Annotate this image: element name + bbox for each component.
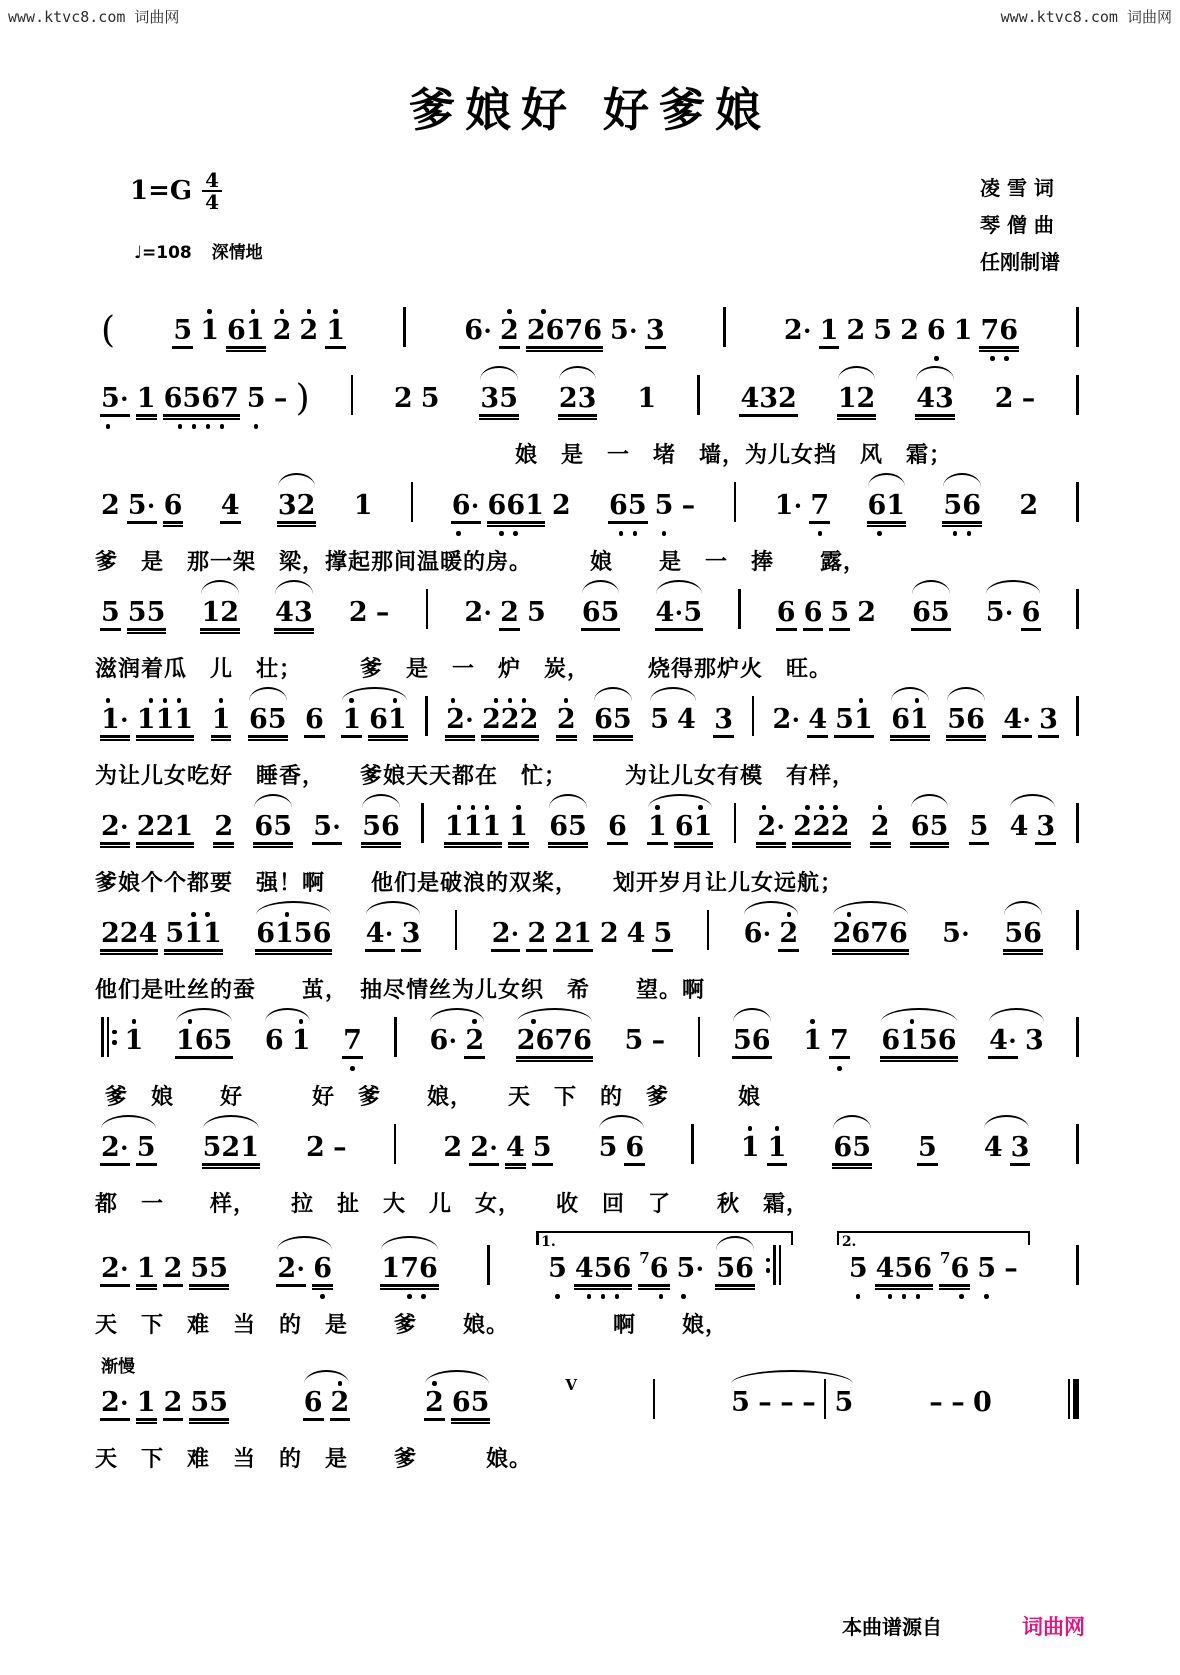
note-group bbox=[694, 1017, 705, 1072]
note-digit: 4 bbox=[275, 598, 294, 628]
note-digits: 6 bbox=[303, 1388, 324, 1421]
low-dot bbox=[166, 529, 180, 538]
note-digit: · bbox=[385, 919, 394, 949]
note-digit: 5 bbox=[203, 1133, 222, 1163]
note-digits: 1 bbox=[136, 384, 157, 417]
low-dot bbox=[333, 1171, 347, 1180]
note-digits: 222 bbox=[792, 812, 850, 845]
low-dot bbox=[872, 529, 886, 538]
low-dot bbox=[291, 1292, 305, 1301]
note-digits: 1 bbox=[508, 812, 529, 845]
note-digits: 5 bbox=[172, 316, 193, 349]
note-digit: 6 bbox=[313, 919, 332, 949]
note-token: 55 bbox=[127, 589, 167, 644]
low-dot bbox=[283, 529, 297, 538]
key-label: 1=G bbox=[130, 176, 192, 206]
note-digit: · bbox=[629, 316, 638, 346]
octave-dots-below bbox=[274, 422, 288, 430]
note-token: 65 bbox=[593, 696, 633, 751]
note-digit: – bbox=[951, 1388, 965, 1418]
music-line-2: 5·165675–)253523143212432– bbox=[95, 375, 1085, 430]
watermark-top-left: www.ktvc8.com 词曲网 bbox=[8, 6, 179, 27]
note-digits: 2 bbox=[499, 316, 520, 349]
low-dot bbox=[1021, 422, 1035, 431]
note-token: – bbox=[950, 1379, 966, 1434]
note-digit: 2 bbox=[773, 705, 792, 735]
note-digit: 5 bbox=[613, 705, 632, 735]
note-digit: 6 bbox=[911, 812, 930, 842]
note-digits: 5· bbox=[609, 316, 639, 349]
note-token: 5· bbox=[941, 910, 971, 965]
note-token: 5 bbox=[420, 375, 441, 430]
octave-dots-below bbox=[536, 354, 592, 362]
note-digits: 5 bbox=[420, 384, 441, 417]
note-digit: 2 bbox=[101, 491, 120, 521]
note-digit: 6 bbox=[938, 1026, 957, 1056]
note-digits: 65 bbox=[581, 598, 621, 631]
low-dot bbox=[734, 1426, 748, 1435]
slur-group: 65 bbox=[245, 696, 291, 751]
low-dot bbox=[115, 1426, 129, 1435]
slur-group: 43 bbox=[1006, 803, 1060, 858]
note-digits: 5 bbox=[969, 812, 990, 845]
low-dot bbox=[832, 1064, 846, 1073]
note-digit: 4 bbox=[575, 1254, 594, 1284]
note-token: 3 bbox=[401, 910, 422, 965]
octave-dots-below bbox=[843, 422, 871, 430]
low-dot bbox=[127, 1064, 141, 1073]
barline bbox=[487, 1245, 490, 1285]
octave-dots-below bbox=[464, 636, 492, 644]
octave-dots-below bbox=[232, 354, 260, 362]
note-token: 2 bbox=[442, 1124, 463, 1179]
note-digit: 6 bbox=[966, 705, 985, 735]
note-token: 2676 bbox=[516, 1017, 593, 1072]
octave-dots-below bbox=[277, 1292, 305, 1300]
low-dot bbox=[108, 957, 122, 966]
note-token: 3 bbox=[1035, 803, 1056, 858]
low-dot bbox=[884, 957, 898, 966]
lyrics-line-6: 爹娘个个都要 强！啊 他们是破浪的双桨， 划开岁月让儿女远航； bbox=[95, 866, 1085, 897]
low-dot bbox=[640, 1292, 654, 1301]
octave-dots-below bbox=[550, 1292, 564, 1300]
note-digits: 7 bbox=[342, 1026, 363, 1059]
credit-composer: 琴 僧 曲 bbox=[980, 207, 1060, 244]
note-digit: 2 bbox=[164, 1388, 183, 1418]
note-token: – bbox=[1020, 375, 1036, 430]
note-digits: 1 bbox=[124, 1026, 145, 1059]
low-dot bbox=[380, 957, 394, 966]
note-digit: 5 bbox=[601, 598, 620, 628]
note-digits: 4 bbox=[1009, 812, 1030, 845]
bar-stroke bbox=[394, 1017, 397, 1057]
low-dot bbox=[986, 636, 1000, 645]
octave-dots-below bbox=[602, 957, 616, 965]
note-token: 2 bbox=[298, 307, 319, 362]
low-dot bbox=[1004, 1292, 1018, 1301]
note-digits: 6 bbox=[163, 491, 184, 524]
note-digits: 4· bbox=[1002, 705, 1032, 738]
octave-dots-below bbox=[446, 743, 474, 751]
note-digits: 3 bbox=[1024, 1026, 1045, 1059]
octave-dots-below bbox=[266, 957, 322, 965]
note-token: 2 bbox=[1018, 482, 1039, 537]
note-token: 6 bbox=[624, 1124, 645, 1179]
octave-dots-below bbox=[210, 1171, 252, 1179]
low-dot bbox=[460, 743, 474, 752]
low-dot bbox=[187, 957, 201, 966]
low-dot bbox=[197, 1064, 211, 1073]
low-dot bbox=[610, 1292, 624, 1301]
low-dot bbox=[676, 1292, 690, 1301]
octave-dots-below bbox=[468, 1064, 482, 1072]
low-dot bbox=[748, 422, 762, 431]
bar-stroke bbox=[1076, 1245, 1079, 1285]
low-dot bbox=[480, 850, 494, 859]
low-dot bbox=[656, 957, 670, 966]
note-token: 4 bbox=[983, 1124, 1004, 1179]
note-token: 6 bbox=[1021, 589, 1042, 644]
note-digit: 5 bbox=[677, 1254, 696, 1284]
low-dot bbox=[980, 1292, 994, 1301]
octave-dots-below bbox=[503, 636, 517, 644]
note-token: 7 bbox=[829, 1017, 850, 1072]
meter-numerator: 4 bbox=[202, 170, 222, 192]
note-digit: 1 bbox=[125, 1026, 144, 1056]
octave-dots-below bbox=[784, 354, 812, 362]
low-dot bbox=[446, 743, 460, 752]
repeat-dots bbox=[766, 1258, 771, 1273]
note-token: – bbox=[273, 375, 289, 430]
note-digit: 0 bbox=[973, 1388, 992, 1418]
low-dot bbox=[452, 850, 466, 859]
bar-stroke bbox=[697, 375, 700, 415]
note-digits: – bbox=[680, 491, 696, 524]
note-digits: 5· bbox=[985, 598, 1015, 631]
note-digit: 6 bbox=[227, 316, 246, 346]
low-dot bbox=[681, 529, 695, 538]
bar-stroke bbox=[1076, 910, 1079, 950]
note-digit: 1 bbox=[768, 1133, 787, 1163]
barline bbox=[1076, 910, 1079, 950]
note-digits: 5 bbox=[598, 1133, 619, 1166]
low-dot bbox=[842, 957, 856, 966]
note-digit: 5 bbox=[173, 316, 192, 346]
barline bbox=[1076, 482, 1079, 522]
low-dot bbox=[891, 1064, 905, 1073]
octave-dots-below bbox=[464, 354, 492, 362]
note-digits: 6· bbox=[463, 316, 493, 349]
low-dot bbox=[811, 743, 825, 752]
low-dot bbox=[215, 422, 229, 431]
note-digits: 76 bbox=[638, 1254, 669, 1287]
note-digit: 3 bbox=[1011, 1133, 1030, 1163]
low-dot bbox=[776, 422, 790, 431]
low-dot bbox=[1003, 1064, 1017, 1073]
note-token: 5· bbox=[676, 1245, 706, 1300]
note-group bbox=[687, 1124, 698, 1179]
note-token: 1 bbox=[647, 803, 668, 858]
octave-dots-below bbox=[101, 354, 115, 362]
low-dot bbox=[446, 1171, 460, 1180]
note-group: 224511 bbox=[97, 910, 226, 965]
note-token: 56 bbox=[715, 1245, 755, 1300]
note-digits: 3 bbox=[1038, 705, 1059, 738]
low-dot bbox=[757, 850, 771, 859]
note-digit: 6 bbox=[381, 812, 400, 842]
note-token: 2 bbox=[551, 482, 572, 537]
note-digit: 2 bbox=[277, 1254, 296, 1284]
octave-dots-below bbox=[144, 743, 186, 751]
note-token: – bbox=[375, 589, 391, 644]
low-dot bbox=[316, 1292, 330, 1301]
low-dot bbox=[115, 422, 129, 431]
low-dot bbox=[568, 850, 582, 859]
note-digit: 1 bbox=[275, 919, 294, 949]
note-token: 2 bbox=[305, 1124, 326, 1179]
note-digit: V bbox=[565, 1370, 577, 1400]
octave-dots-below bbox=[985, 354, 1013, 362]
note-token: 511 bbox=[164, 910, 222, 965]
note-digit: 2 bbox=[557, 705, 576, 735]
bar-stroke bbox=[752, 696, 755, 736]
note-token: 1 bbox=[953, 307, 974, 362]
slur-group: 2676 bbox=[513, 1017, 596, 1072]
note-digit: 2 bbox=[857, 384, 876, 414]
low-dot bbox=[267, 1064, 281, 1073]
low-dot bbox=[452, 529, 466, 538]
note-digit: 2 bbox=[527, 316, 546, 346]
note-group: 1 bbox=[633, 375, 660, 430]
note-digits: 2· bbox=[463, 598, 493, 631]
note-digits: 5 bbox=[547, 1254, 568, 1287]
note-digit: · bbox=[120, 1388, 129, 1418]
note-digit: · bbox=[510, 919, 519, 949]
note-digit: – bbox=[681, 491, 695, 521]
note-digit: 6 bbox=[868, 491, 887, 521]
low-dot bbox=[930, 850, 944, 859]
note-digit: 5 bbox=[733, 1026, 752, 1056]
note-token: 2 bbox=[499, 589, 520, 644]
note-token: 5 bbox=[547, 1245, 568, 1300]
note-digits: 5· bbox=[941, 919, 971, 952]
slur-group: 161 bbox=[644, 803, 716, 858]
note-digit: 5 bbox=[527, 598, 546, 628]
octave-dots-below bbox=[166, 1292, 180, 1300]
octave-dots-below bbox=[1012, 850, 1026, 858]
note-digits: 2· bbox=[783, 316, 813, 349]
note-digit: 5 bbox=[101, 384, 120, 414]
low-dot bbox=[470, 1171, 484, 1180]
slur-group: 4·5 bbox=[652, 589, 707, 644]
slur-group: 43 bbox=[912, 375, 958, 430]
note-digit: 1 bbox=[292, 1026, 311, 1056]
meta-row: 1=G 4 4 ♩=108 深情地 凌 雪 词 琴 僧 曲 任刚制谱 bbox=[130, 170, 1060, 281]
lyrics-line-2: 娘 是 一 堵 墙，为儿女挡 风 霜； bbox=[95, 438, 1085, 469]
octave-dots-below bbox=[1022, 529, 1036, 537]
barline bbox=[1076, 307, 1079, 347]
octave-dots-below bbox=[1039, 850, 1053, 858]
note-digit: 6 bbox=[313, 1254, 332, 1284]
note-group: 1 bbox=[97, 1017, 147, 1072]
note-group: 2– bbox=[991, 375, 1040, 430]
low-dot bbox=[374, 743, 388, 752]
low-dot bbox=[883, 1292, 897, 1301]
low-dot bbox=[133, 636, 147, 645]
low-dot bbox=[757, 957, 771, 966]
note-token: 61 bbox=[226, 307, 266, 362]
note-group: 2·221245 bbox=[488, 910, 677, 965]
note-group: 25 bbox=[390, 375, 444, 430]
note-digit: 6 bbox=[804, 598, 823, 628]
low-dot bbox=[144, 743, 158, 752]
note-digits: 432 bbox=[739, 384, 797, 417]
barline bbox=[697, 375, 700, 415]
note-digit: 6 bbox=[881, 1026, 900, 1056]
octave-dots-below bbox=[259, 850, 287, 858]
note-token: 1 bbox=[124, 1017, 145, 1072]
octave-dots-below bbox=[929, 354, 943, 362]
note-token: 2· bbox=[445, 696, 475, 751]
octave-dots-below bbox=[173, 422, 229, 430]
slur-group: 4·3 bbox=[362, 910, 425, 965]
octave-dots-below bbox=[800, 850, 842, 858]
low-dot bbox=[492, 957, 506, 966]
note-digit: 1 bbox=[174, 812, 193, 842]
note-digit: 1 bbox=[910, 705, 929, 735]
octave-dots-below bbox=[1021, 422, 1035, 430]
note-digit: · bbox=[803, 316, 812, 346]
octave-dots-below bbox=[396, 422, 410, 430]
note-digits: 2· bbox=[445, 705, 475, 738]
octave-dots-below bbox=[389, 1292, 431, 1300]
octave-dots-below bbox=[656, 957, 670, 965]
low-dot bbox=[327, 850, 341, 859]
low-dot bbox=[495, 529, 509, 538]
note-digit: – bbox=[1004, 1254, 1018, 1284]
low-dot bbox=[1017, 743, 1031, 752]
note-token: 5· bbox=[985, 589, 1015, 644]
low-dot bbox=[1003, 743, 1017, 752]
low-dot bbox=[806, 1064, 820, 1073]
note-token: 1 bbox=[136, 375, 157, 430]
octave-dots-below bbox=[367, 850, 395, 858]
barline bbox=[1076, 589, 1079, 629]
note-digit: 7 bbox=[220, 384, 239, 414]
note-digits: 224 bbox=[100, 919, 158, 952]
note-digit: · bbox=[296, 1254, 305, 1284]
note-digit: 6 bbox=[777, 598, 796, 628]
slur-group: 12 bbox=[834, 375, 880, 430]
note-digit: 1 bbox=[886, 491, 905, 521]
note-digit: 4 bbox=[677, 705, 696, 735]
low-dot bbox=[966, 743, 980, 752]
note-digits: V bbox=[564, 1388, 578, 1421]
note-token: 1 bbox=[802, 1017, 823, 1072]
note-token: – bbox=[1003, 1245, 1019, 1300]
note-digit: 5 bbox=[213, 1026, 232, 1056]
low-dot bbox=[246, 354, 260, 363]
low-dot bbox=[610, 850, 624, 859]
note-digit: 1 bbox=[176, 1026, 195, 1056]
note-digits: 1 bbox=[740, 1133, 761, 1166]
low-dot bbox=[640, 422, 654, 431]
note-digits: 2 bbox=[556, 705, 577, 738]
note-digits: 4·5 bbox=[655, 598, 704, 631]
low-dot bbox=[564, 354, 578, 363]
low-dot bbox=[1022, 529, 1036, 538]
octave-dots-below bbox=[975, 1426, 989, 1434]
note-digit: 5 bbox=[137, 1133, 156, 1163]
note-token: 2· bbox=[100, 1124, 130, 1179]
note-digits: – bbox=[801, 1388, 817, 1421]
octave-dots-below bbox=[108, 957, 150, 965]
low-dot bbox=[802, 1426, 816, 1435]
music-system-3: 25·643216·6612655–1·761562爹 是 那一架 梁，撑起那间… bbox=[95, 482, 1085, 576]
octave-dots-below bbox=[640, 1292, 668, 1300]
note-group bbox=[407, 482, 418, 537]
note-digits: 61 bbox=[226, 316, 266, 349]
low-dot bbox=[142, 529, 156, 538]
note-digits: 2· bbox=[491, 919, 521, 952]
slur-group: 4·3 bbox=[985, 1017, 1048, 1072]
note-digits: 5 bbox=[246, 384, 267, 417]
note-group bbox=[347, 375, 358, 430]
slur-group: 6·2 bbox=[426, 1017, 489, 1072]
note-digits: 65 bbox=[248, 705, 288, 738]
low-dot bbox=[933, 1064, 947, 1073]
note-digit: – bbox=[651, 1026, 665, 1056]
note-digits: 1 bbox=[199, 316, 220, 349]
note-digit: 2 bbox=[299, 316, 318, 346]
slur-group: 521 bbox=[199, 1124, 263, 1179]
octave-dots-below bbox=[651, 1064, 665, 1072]
note-token: 1 bbox=[211, 696, 232, 751]
octave-dots-below bbox=[679, 743, 693, 751]
octave-dots-below bbox=[564, 1426, 578, 1434]
low-dot bbox=[1012, 850, 1026, 859]
slur-group: 43 bbox=[980, 1124, 1034, 1179]
octave-dots-below bbox=[876, 354, 890, 362]
octave-dots-below bbox=[822, 354, 836, 362]
slur-group: 12 bbox=[197, 589, 243, 644]
note-token: 2· bbox=[772, 696, 802, 751]
note-token: 6 bbox=[264, 1017, 285, 1072]
repeat-dots bbox=[112, 1030, 117, 1045]
note-group: 1 bbox=[208, 696, 235, 751]
octave-dots-below bbox=[610, 850, 624, 858]
note-digit: 2 bbox=[793, 812, 812, 842]
note-digits: 56 bbox=[361, 812, 401, 845]
slur-group: 161 bbox=[338, 696, 410, 751]
octave-dots-below bbox=[883, 1292, 925, 1300]
note-digit: 6 bbox=[430, 1026, 449, 1056]
note-digits: 2 bbox=[163, 1254, 184, 1287]
octave-dots-below bbox=[989, 1064, 1017, 1072]
slur-group: 65 bbox=[590, 696, 636, 751]
low-dot bbox=[535, 1171, 549, 1180]
slur-group: 56 bbox=[358, 803, 404, 858]
low-dot bbox=[896, 743, 910, 752]
note-digits: 6 bbox=[776, 598, 797, 631]
note-token: 6 bbox=[776, 589, 797, 644]
low-dot bbox=[101, 354, 115, 363]
low-dot bbox=[101, 1292, 115, 1301]
low-dot bbox=[856, 957, 870, 966]
note-digits: 61 bbox=[890, 705, 930, 738]
note-digit: 6 bbox=[304, 1388, 323, 1418]
note-token: 2 bbox=[778, 910, 799, 965]
